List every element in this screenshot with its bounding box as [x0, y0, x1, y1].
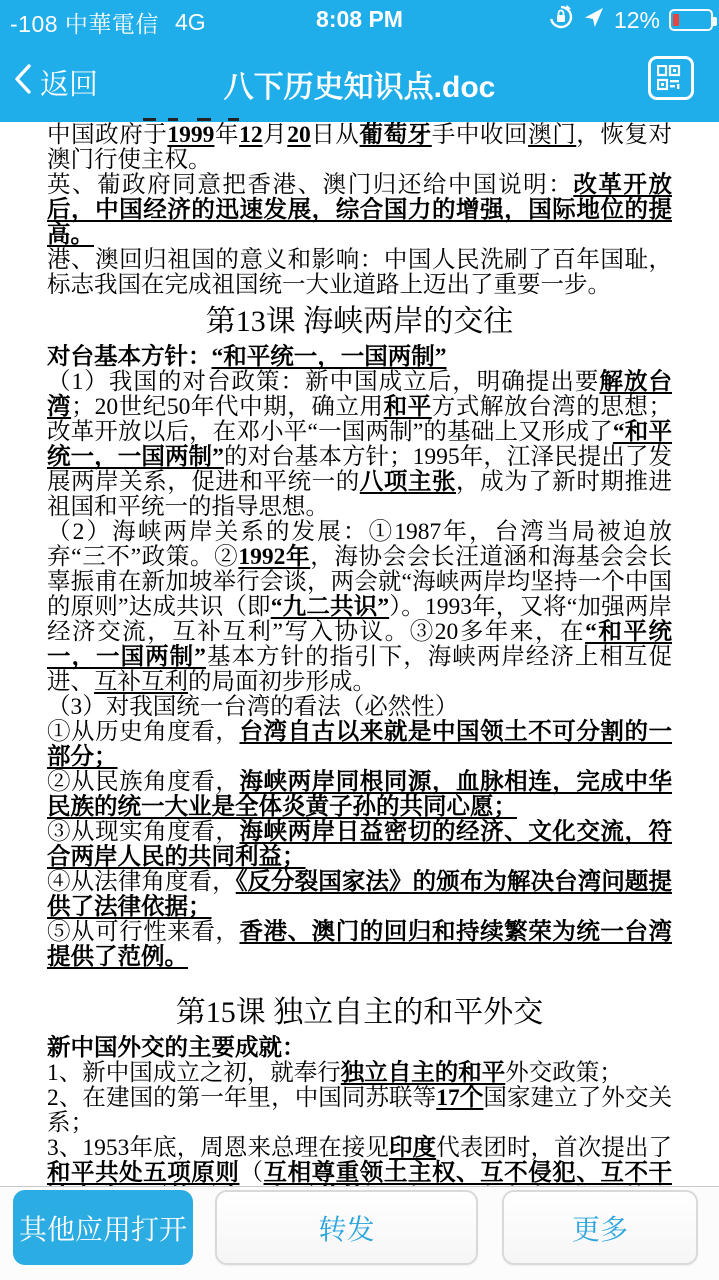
doc-text-run: ⑤从可行性来看， [47, 919, 239, 945]
doc-text-run: 印度 [389, 1135, 436, 1161]
doc-text-run: 20 [287, 122, 311, 148]
doc-text-run: 独立自主的和平 [341, 1060, 506, 1086]
rotation-lock-icon [548, 4, 574, 36]
doc-text-run: 3、1953年底，周恩来总理在接见 [47, 1135, 389, 1161]
battery-percent-label: 12% [614, 7, 660, 34]
doc-paragraph: （2）海峡两岸关系的发展：①1987年，台湾当局被迫放弃“三不”政策。②1992… [47, 520, 672, 695]
doc-text-run: 和平 [384, 394, 432, 420]
clipped-text-fragment [228, 118, 239, 121]
status-right: 12% [548, 4, 713, 36]
doc-paragraph: （1）我国的对台政策：新中国成立后，明确提出要解放台湾；20世纪50年代中期，确… [47, 370, 672, 520]
doc-paragraph: 2、在建国的第一年里，中国同苏联等17个国家建立了外交关系； [47, 1086, 672, 1136]
nav-header: 返回 八下历史知识点.doc [0, 40, 719, 122]
doc-text-run: 第13课 海峡两岸的交往 [206, 305, 514, 338]
doc-text-run: 的局面初步形成。 [188, 669, 376, 695]
doc-text-run: 互补互利 [94, 669, 188, 695]
forward-button[interactable]: 转发 [215, 1190, 478, 1265]
forward-label: 转发 [318, 1208, 374, 1248]
doc-paragraph: 港、澳回归祖国的意义和影响：中国人民洗刷了百年国耻，标志我国在完成祖国统一大业道… [47, 248, 672, 298]
doc-text-run: 中国政府于 [47, 122, 167, 148]
doc-text-run: 英、葡政府同意把香港、澳门归还给中国说明： [47, 172, 573, 198]
open-in-other-app-label: 其他应用打开 [19, 1208, 187, 1248]
chevron-left-icon [14, 64, 32, 102]
doc-text-run: 第15课 独立自主的和平外交 [176, 996, 544, 1029]
page-title: 八下历史知识点.doc [90, 62, 629, 106]
doc-text-run: 港、澳回归祖国的意义和影响：中国人民洗刷了百年国耻，标志我国在完成祖国统一大业道… [47, 247, 672, 298]
open-in-other-app-button[interactable]: 其他应用打开 [13, 1190, 193, 1265]
doc-paragraph: 1、新中国成立之初，就奉行独立自主的和平外交政策； [47, 1061, 672, 1086]
battery-level-fill [673, 14, 679, 26]
doc-text-run: （ [239, 1160, 263, 1186]
doc-text-run: 手中收回 [432, 122, 528, 148]
qr-code-button[interactable] [648, 56, 694, 100]
doc-text-run: 1992年 [238, 544, 310, 570]
doc-paragraph: 中国政府于1999年12月20日从葡萄牙手中收回澳门，恢复对澳门行使主权。 [47, 123, 672, 173]
battery-icon [669, 9, 713, 31]
doc-text-run: ③从现实角度看， [47, 819, 239, 845]
doc-text-run: “和平统一，一国两制” [212, 344, 447, 370]
doc-text-run: 日从 [311, 122, 360, 148]
doc-heading: 第15课 独立自主的和平外交 [47, 996, 672, 1030]
doc-text-run: ④从法律角度看， [47, 869, 236, 895]
more-button[interactable]: 更多 [502, 1190, 698, 1265]
doc-paragraph: ②从民族角度看，海峡两岸同根同源，血脉相连，完成中华民族的统一大业是全体炎黄子孙… [47, 770, 672, 820]
doc-text-run: ；20世纪50年代中期，确立用 [71, 394, 384, 420]
doc-paragraph: 新中国外交的主要成就： [47, 1036, 672, 1061]
doc-paragraph: 对台基本方针：“和平统一，一国两制” [47, 345, 672, 370]
doc-text-run: 月 [263, 122, 288, 148]
clipped-text-fragment [143, 118, 156, 121]
doc-text-run: （1）我国的对台政策：新中国成立后，明确提出要 [47, 369, 599, 395]
doc-text-run: 17个 [436, 1085, 483, 1111]
doc-text-run: 新中国外交的主要成就： [47, 1035, 306, 1061]
back-button[interactable]: 返回 [14, 62, 98, 103]
doc-text-run: 对台基本方针： [47, 344, 212, 370]
doc-text-run: 澳门 [528, 122, 576, 148]
doc-text-run: 和平共处五项原则 [47, 1160, 239, 1186]
doc-text-run: 八项主张 [360, 469, 456, 495]
doc-text-run: 外交政策； [505, 1060, 623, 1086]
bottom-toolbar: 其他应用打开 转发 更多 [0, 1186, 719, 1280]
doc-paragraph: ③从现实角度看，海峡两岸日益密切的经济、文化交流，符合两岸人民的共同利益； [47, 820, 672, 870]
doc-text-run: ①从历史角度看， [47, 719, 239, 745]
clipped-text-fragment [168, 118, 178, 121]
doc-text-run: 葡萄牙 [360, 122, 432, 148]
doc-paragraph: 英、葡政府同意把香港、澳门归还给中国说明：改革开放后，中国经济的迅速发展，综合国… [47, 173, 672, 248]
phone-screen: -108 中華電信 4G 8:08 PM 12% [0, 0, 719, 1280]
doc-text-run: “九二共识” [271, 594, 389, 620]
status-bar: -108 中華電信 4G 8:08 PM 12% [0, 0, 719, 40]
more-label: 更多 [572, 1208, 628, 1248]
doc-text-run: ②从民族角度看， [47, 769, 239, 795]
doc-text-run: 代表团时，首次提出了 [436, 1135, 672, 1161]
doc-paragraph: ⑤从可行性来看，香港、澳门的回归和持续繁荣为统一台湾提供了范例。 [47, 920, 672, 970]
doc-heading: 第13课 海峡两岸的交往 [47, 305, 672, 339]
qr-code-icon [657, 65, 685, 91]
battery-nub [713, 17, 717, 26]
doc-text-run: （3）对我国统一台湾的看法（必然性） [47, 694, 458, 720]
doc-text-run: 1、新中国成立之初，就奉行 [47, 1060, 341, 1086]
doc-text-run: 12 [239, 122, 263, 148]
doc-paragraph: 3、1953年底，周恩来总理在接见印度代表团时，首次提出了和平共处五项原则（互相… [47, 1136, 672, 1186]
doc-paragraph: （3）对我国统一台湾的看法（必然性） [47, 695, 672, 720]
doc-paragraph: ④从法律角度看，《反分裂国家法》的颁布为解决台湾问题提供了法律依据； [47, 870, 672, 920]
doc-text-run: 2、在建国的第一年里，中国同苏联等 [47, 1085, 436, 1111]
doc-paragraph: ①从历史角度看，台湾自古以来就是中国领土不可分割的一部分； [47, 720, 672, 770]
doc-text-run: 1999 [167, 122, 214, 148]
doc-text-run: 年 [214, 122, 239, 148]
location-arrow-icon [583, 6, 605, 34]
clipped-text-fragment [197, 118, 211, 121]
document-scroll-area[interactable]: 中国政府于1999年12月20日从葡萄牙手中收回澳门，恢复对澳门行使主权。英、葡… [0, 122, 719, 1186]
